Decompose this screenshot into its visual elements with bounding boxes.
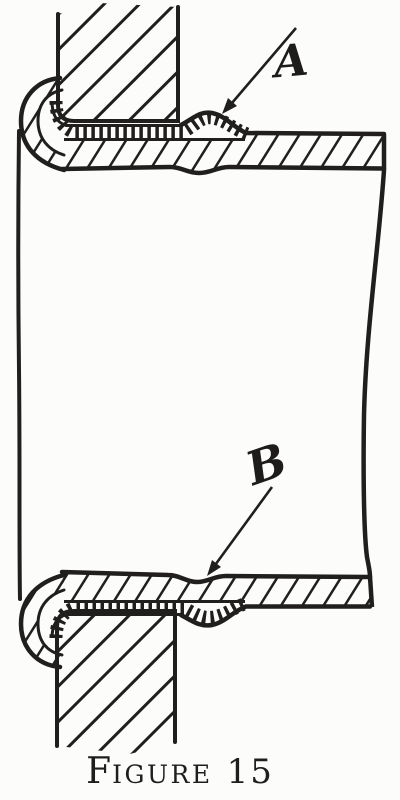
- upper-inner-surface: [62, 167, 384, 173]
- lower-tube-sheet: [57, 611, 175, 754]
- leader-arrow-b: [207, 487, 272, 576]
- caption-initial: F: [86, 751, 112, 792]
- caption-number: 15: [227, 752, 274, 792]
- upper-bead: [21, 78, 64, 170]
- engraved-figure: A B FIGURE 15: [0, 0, 400, 800]
- lower-expanded-ridge: [181, 607, 370, 626]
- callout-label-a: A: [272, 39, 310, 86]
- lower-break-cap: [370, 577, 372, 607]
- arrowhead-b-icon: [207, 560, 221, 576]
- bead-rim-edge-left: [18, 131, 20, 599]
- tube-joint-cross-section-drawing: [0, 0, 400, 760]
- tube-break-edge-right: [364, 170, 384, 577]
- upper-tube-sheet: [58, 3, 178, 121]
- upper-expanded-ridge: [181, 113, 384, 134]
- caption-smallcaps: IGURE: [112, 760, 213, 789]
- figure-caption: FIGURE 15: [0, 751, 360, 792]
